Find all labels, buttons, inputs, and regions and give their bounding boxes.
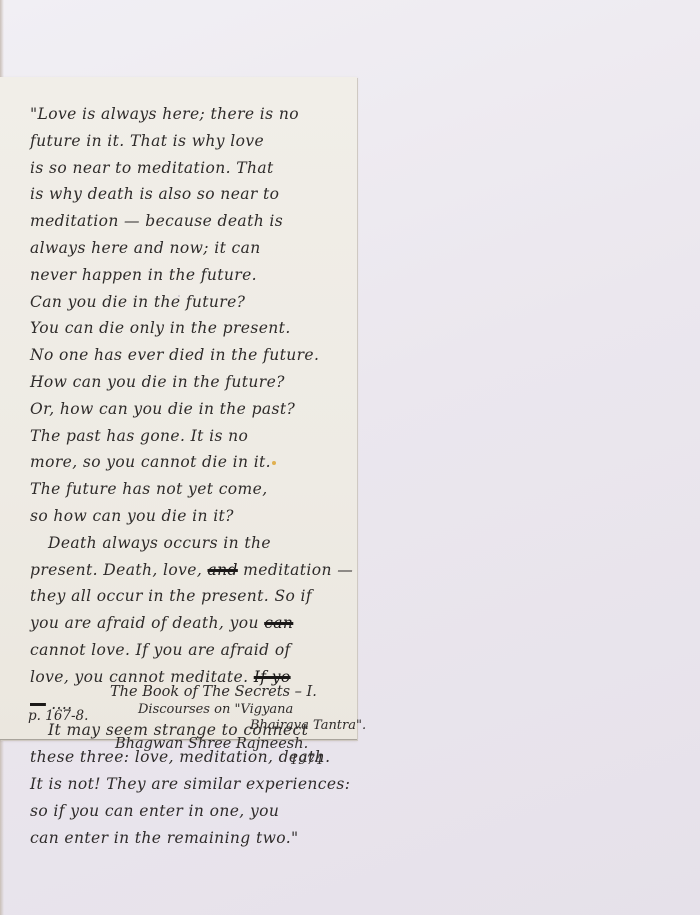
struck-word: and [207, 561, 237, 579]
quote-line-7: never happen in the future. [30, 262, 350, 289]
citation-year: 1974 [290, 753, 323, 768]
quote-line-8: Can you die in the future? [30, 289, 350, 316]
citation-author: Bhagwan Shree Rajneesh. [115, 736, 308, 752]
quote-line-6: always here and now; it can [30, 235, 350, 262]
quote-line-28: can enter in the remaining two." [30, 825, 350, 852]
paper-speck [38, 838, 40, 840]
paper-speck [178, 295, 180, 297]
quote-line-20: you are afraid of death, you can [30, 610, 350, 637]
handwritten-note-card: "Love is always here; there is no future… [0, 77, 357, 740]
quote-line-2: future in it. That is why love [30, 128, 350, 155]
quote-line-12: Or, how can you die in the past? [30, 396, 350, 423]
quote-line-17: Death always occurs in the [30, 530, 350, 557]
quote-line-11: How can you die in the future? [30, 369, 350, 396]
quote-line-16: so how can you die in it? [30, 503, 350, 530]
quote-line-4: is why death is also so near to [30, 181, 350, 208]
ink-stain-mark [272, 461, 276, 465]
citation-discourses: Discourses on "Vigyana [138, 702, 293, 717]
quote-line-18: present. Death, love, and meditation — [30, 557, 350, 584]
quote-line-14: more, so you cannot die in it. [30, 449, 350, 476]
quote-line-9: You can die only in the present. [30, 315, 350, 342]
quote-line-3: is so near to meditation. That [30, 155, 350, 182]
quote-line-13: The past has gone. It is no [30, 423, 350, 450]
quote-line-15: The future has not yet come, [30, 476, 350, 503]
quote-line-26: It is not! They are similar experiences: [30, 771, 350, 798]
struck-word: can [264, 614, 293, 632]
quote-line-18-after: meditation — [243, 561, 353, 579]
quote-line-20-text: you are afraid of death, you [30, 614, 264, 632]
quote-line-5: meditation — because death is [30, 208, 350, 235]
citation-page-number: p. 167-8. [28, 708, 88, 724]
citation-tantra: Bhairava Tantra". [250, 718, 366, 733]
quote-line-18-text: present. Death, love, [30, 561, 207, 579]
quote-line-27: so if you can enter in one, you [30, 798, 350, 825]
citation-book-title: The Book of The Secrets – I. [110, 684, 317, 700]
quote-line-21: cannot love. If you are afraid of [30, 637, 350, 664]
quote-line-10: No one has ever died in the future. [30, 342, 350, 369]
quote-line-19: they all occur in the present. So if [30, 583, 350, 610]
quote-line-1: "Love is always here; there is no [30, 101, 350, 128]
